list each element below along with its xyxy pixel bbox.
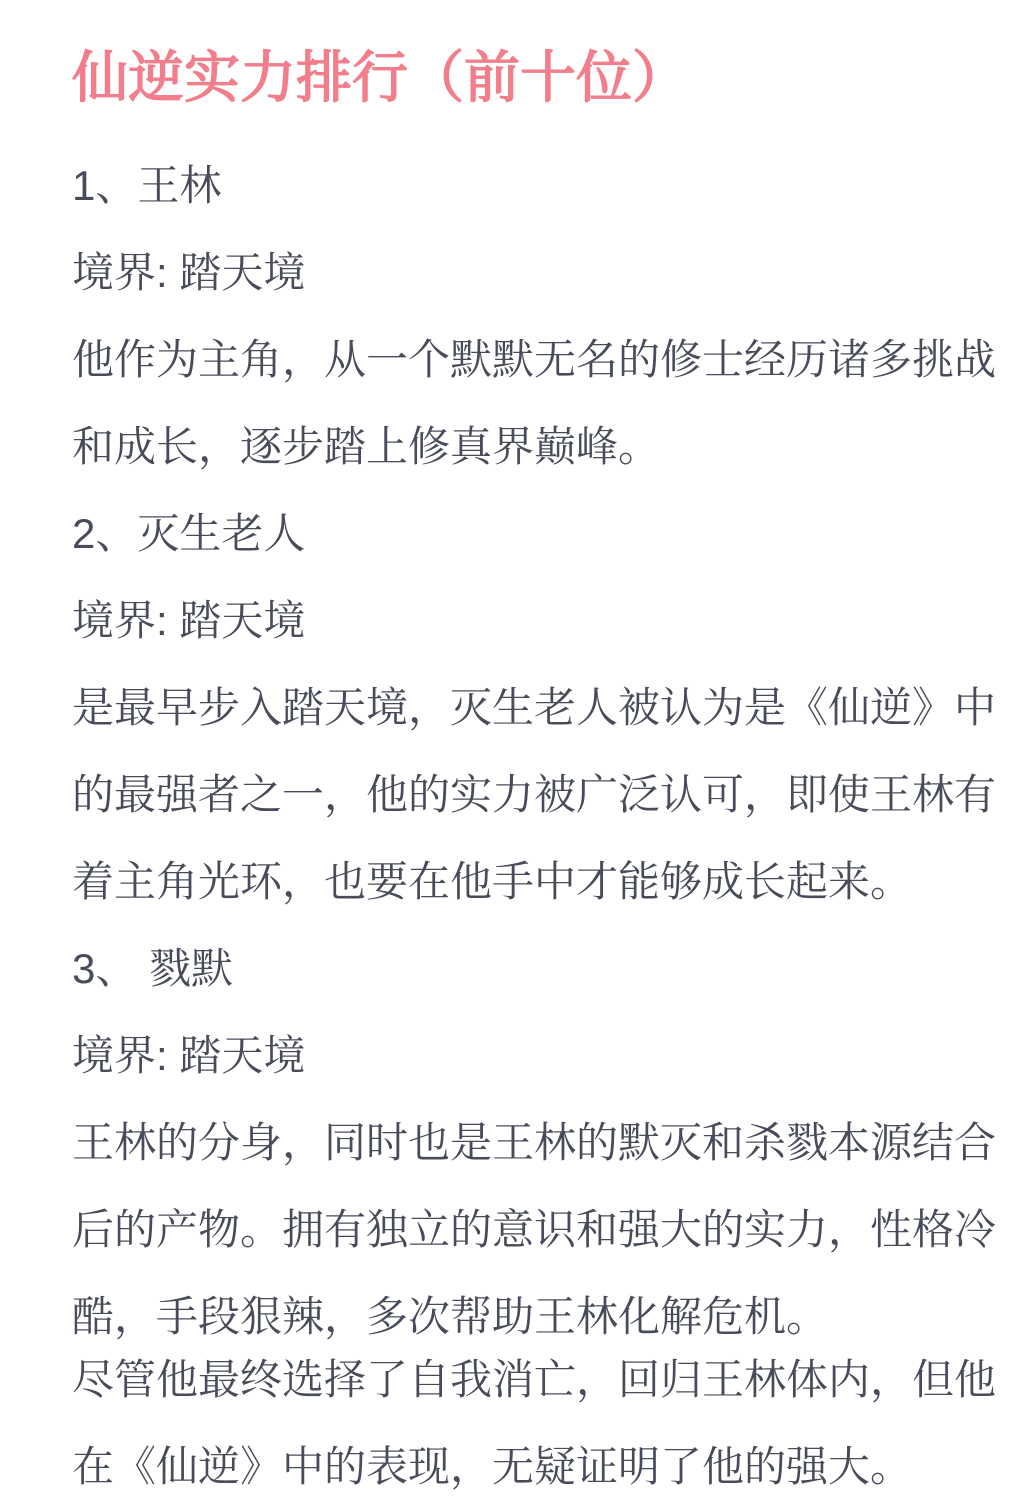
description-line: 是最早步入踏天境，灭生老人被认为是《仙逆》中 [72, 664, 1000, 751]
ranking-entry: 2、灭生老人境界: 踏天境是最早步入踏天境，灭生老人被认为是《仙逆》中的最强者之… [72, 490, 1000, 925]
description-line: 他作为主角，从一个默默无名的修士经历诸多挑战 [72, 316, 1000, 403]
description-line: 的最强者之一，他的实力被广泛认可，即使王林有 [72, 751, 1000, 838]
description-line: 在《仙逆》中的表现，无疑证明了他的强大。 [72, 1423, 1000, 1510]
description-line: 后的产物。拥有独立的意识和强大的实力，性格冷 [72, 1186, 1000, 1273]
entry-description: 他作为主角，从一个默默无名的修士经历诸多挑战和成长，逐步踏上修真界巅峰。 [72, 316, 1000, 490]
entry-heading: 1、王林 [72, 142, 1000, 229]
entry-realm: 境界: 踏天境 [72, 577, 1000, 664]
article-page: 仙逆实力排行（前十位） 1、王林境界: 踏天境他作为主角，从一个默默无名的修士经… [0, 46, 1036, 1510]
entry-heading: 2、灭生老人 [72, 490, 1000, 577]
ranking-entry: 1、王林境界: 踏天境他作为主角，从一个默默无名的修士经历诸多挑战和成长，逐步踏… [72, 142, 1000, 490]
entry-description: 尽管他最终选择了自我消亡，回归王林体内，但他在《仙逆》中的表现，无疑证明了他的强… [72, 1336, 1000, 1510]
ranking-list: 1、王林境界: 踏天境他作为主角，从一个默默无名的修士经历诸多挑战和成长，逐步踏… [72, 142, 1000, 1510]
ranking-entry: 3、 戮默境界: 踏天境王林的分身，同时也是王林的默灭和杀戮本源结合后的产物。拥… [72, 925, 1000, 1510]
entry-description: 王林的分身，同时也是王林的默灭和杀戮本源结合后的产物。拥有独立的意识和强大的实力… [72, 1099, 1000, 1360]
entry-realm: 境界: 踏天境 [72, 229, 1000, 316]
page-title: 仙逆实力排行（前十位） [72, 46, 1000, 110]
description-line: 尽管他最终选择了自我消亡，回归王林体内，但他 [72, 1336, 1000, 1423]
description-line: 和成长，逐步踏上修真界巅峰。 [72, 403, 1000, 490]
entry-heading: 3、 戮默 [72, 925, 1000, 1012]
description-line: 着主角光环，也要在他手中才能够成长起来。 [72, 838, 1000, 925]
entry-description: 是最早步入踏天境，灭生老人被认为是《仙逆》中的最强者之一，他的实力被广泛认可，即… [72, 664, 1000, 925]
description-line: 王林的分身，同时也是王林的默灭和杀戮本源结合 [72, 1099, 1000, 1186]
entry-realm: 境界: 踏天境 [72, 1012, 1000, 1099]
